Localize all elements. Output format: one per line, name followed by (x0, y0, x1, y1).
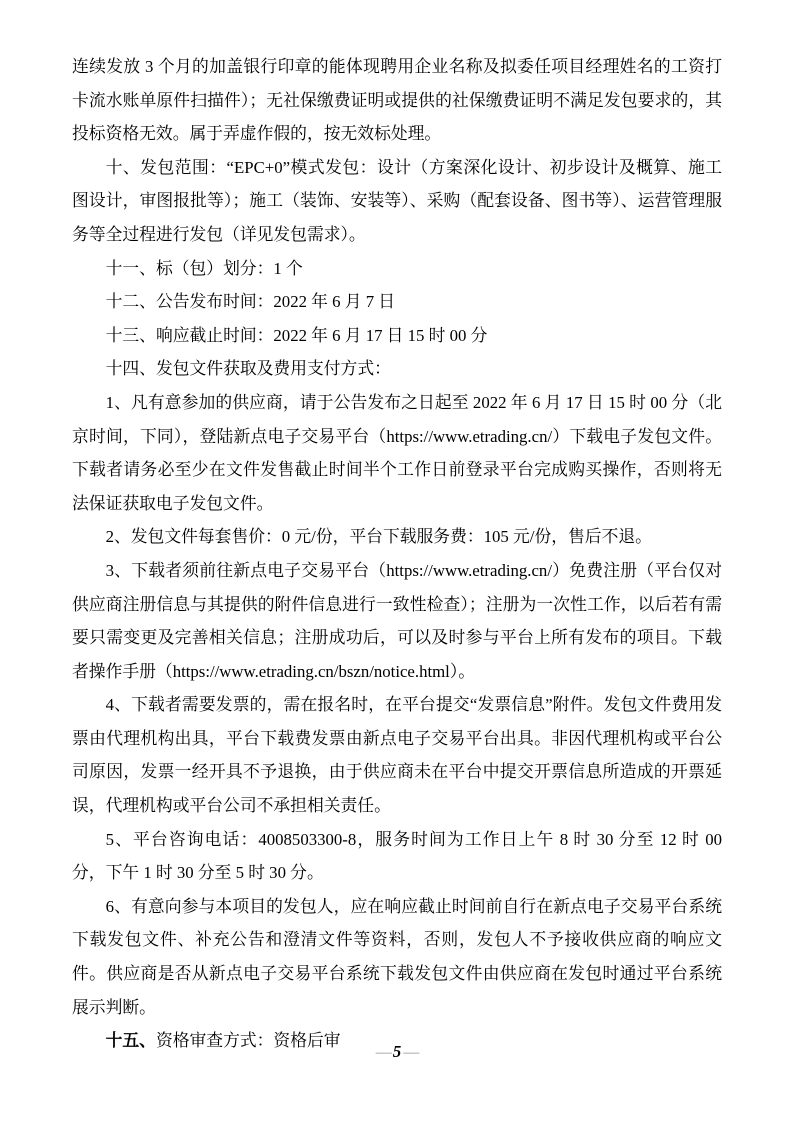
paragraph-sub-item-1: 1、凡有意参加的供应商，请于公告发布之日起至 2022 年 6 月 17 日 1… (72, 386, 722, 520)
paragraph-item-14: 十四、发包文件获取及费用支付方式： (72, 352, 722, 386)
paragraph-sub-item-6: 6、有意向参与本项目的发包人，应在响应截止时间前自行在新点电子交易平台系统下载发… (72, 890, 722, 1024)
paragraph-sub-item-3: 3、下载者须前往新点电子交易平台（https://www.etrading.cn… (72, 554, 722, 688)
page-number-dash-right: — (403, 1044, 418, 1061)
paragraph-continuation: 连续发放 3 个月的加盖银行印章的能体现聘用企业名称及拟委任项目经理姓名的工资打… (72, 50, 722, 151)
paragraph-item-11: 十一、标（包）划分：1 个 (72, 252, 722, 286)
paragraph-sub-item-5: 5、平台咨询电话：4008503300-8，服务时间为工作日上午 8 时 30 … (72, 823, 722, 890)
paragraph-item-13: 十三、响应截止时间：2022 年 6 月 17 日 15 时 00 分 (72, 319, 722, 353)
paragraph-item-10: 十、发包范围：“EPC+0”模式发包：设计（方案深化设计、初步设计及概算、施工图… (72, 151, 722, 252)
paragraph-sub-item-2: 2、发包文件每套售价：0 元/份，平台下载服务费：105 元/份，售后不退。 (72, 520, 722, 554)
page-number-dash-left: — (376, 1044, 391, 1061)
page-number: 5 (391, 1042, 404, 1061)
page-footer: —5— (0, 1040, 794, 1065)
document-page: 连续发放 3 个月的加盖银行印章的能体现聘用企业名称及拟委任项目经理姓名的工资打… (0, 0, 794, 1122)
paragraph-sub-item-4: 4、下载者需要发票的，需在报名时，在平台提交“发票信息”附件。发包文件费用发票由… (72, 688, 722, 822)
document-body: 连续发放 3 个月的加盖银行印章的能体现聘用企业名称及拟委任项目经理姓名的工资打… (72, 50, 722, 1058)
paragraph-item-12: 十二、公告发布时间：2022 年 6 月 7 日 (72, 285, 722, 319)
